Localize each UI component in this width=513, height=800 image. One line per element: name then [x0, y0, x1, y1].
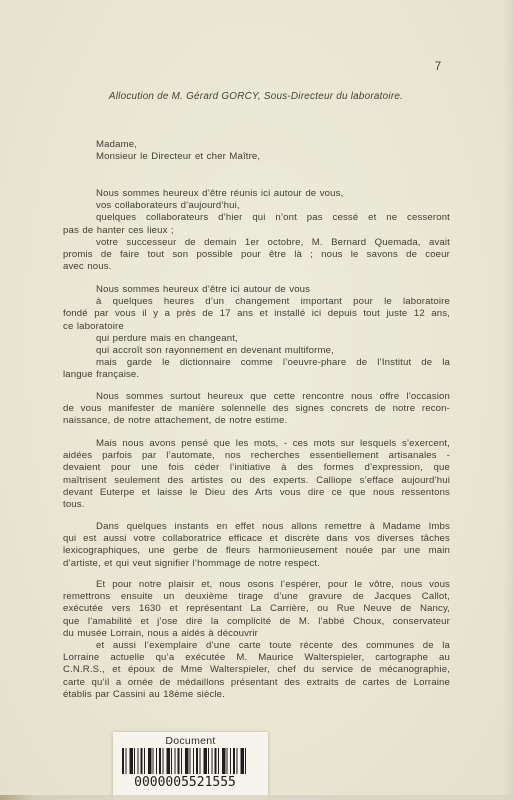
text-line: votre successeur de demain 1er octobre, … [63, 237, 450, 249]
body-text: Madame,Monsieur le Directeur et cher Maî… [63, 0, 450, 800]
page-bottom-edge [0, 795, 513, 800]
text-line: Mais nous avons pensé que les mots, - ce… [63, 438, 450, 450]
barcode-caption: Document [113, 732, 268, 747]
text-line: carte qu’il a ornée de médaillons présen… [63, 677, 450, 689]
text-line: lexicographiques, une gerbe de fleurs ha… [63, 545, 450, 557]
text-line: exécutée vers 1630 et représentant La Ca… [63, 603, 450, 615]
text-line: et aussi l’exemplaire d’une carte toute … [63, 640, 450, 652]
text-line: naissance, de notre attachement, de notr… [63, 415, 450, 427]
text-line: langue française. [63, 369, 450, 381]
text-line: pas de hanter ces lieux ; [63, 225, 450, 237]
text-line: remettrons ensuite un deuxième tirage d’… [63, 591, 450, 603]
text-line: Lorraine actuelle qu’a exécutée M. Mauri… [63, 652, 450, 664]
text-line: établis par Cassini au 18ème siècle. [63, 689, 450, 701]
text-line: qui accroît son rayonnement en devenant … [63, 345, 450, 357]
paragraph-block: Madame,Monsieur le Directeur et cher Maî… [63, 139, 450, 163]
text-line: Nous sommes heureux d’être ici autour de… [63, 284, 450, 296]
text-line: qui est aussi votre collaboratrice effic… [63, 533, 450, 545]
text-line: Dans quelques instants en effet nous all… [63, 521, 450, 533]
text-line: mais garde le dictionnaire comme l’oeuvr… [63, 357, 450, 369]
text-line: avec nous. [63, 261, 450, 273]
text-line: vos collaborateurs d’aujourd’hui, [63, 200, 450, 212]
text-line: fondé par vous il y a près de 17 ans et … [63, 308, 450, 320]
text-line: que l’amabilité et j’ose dire la complic… [63, 616, 450, 628]
paragraph-block: Nous sommes heureux d’être ici autour de… [63, 284, 450, 382]
paragraph-block: Et pour notre plaisir et, nous osons l’e… [63, 579, 450, 701]
document-page: 7 Allocution de M. Gérard GORCY, Sous-Di… [0, 0, 513, 800]
text-line: Madame, [63, 139, 450, 151]
text-line: de vous manifester de manière solennelle… [63, 403, 450, 415]
text-line: promis de faire tout son possible pour ê… [63, 249, 450, 261]
text-line: C.N.R.S., et époux de Mme Walterspieler,… [63, 664, 450, 676]
barcode-label: Document 0000005521555 [113, 732, 268, 800]
text-line: ce laboratoire [63, 321, 450, 333]
paragraph-block: Nous sommes heureux d’être réunis ici au… [63, 188, 450, 273]
paragraph-block: Mais nous avons pensé que les mots, - ce… [63, 438, 450, 511]
text-line: devaient pour une fois céder l’initiativ… [63, 462, 450, 474]
text-line: Et pour notre plaisir et, nous osons l’e… [63, 579, 450, 591]
text-line: quelques collaborateurs d’hier qui n’ont… [63, 212, 450, 224]
barcode-icon [122, 748, 248, 774]
paragraph-block: Dans quelques instants en effet nous all… [63, 521, 450, 570]
page-right-edge-shading [503, 0, 513, 800]
text-line: Monsieur le Directeur et cher Maître, [63, 151, 450, 163]
text-line: du musée Lorrain, nous a aidés à découvr… [63, 628, 450, 640]
text-line: à quelques heures d’un changement import… [63, 296, 450, 308]
text-line: aidées parfois par l’automate, nos reche… [63, 450, 450, 462]
text-line: d’artiste, et qui veut signifier l’homma… [63, 558, 450, 570]
barcode-number: 0000005521555 [113, 775, 257, 790]
paragraph-block: Nous sommes surtout heureux que cette re… [63, 391, 450, 428]
text-line: Nous sommes heureux d’être réunis ici au… [63, 188, 450, 200]
text-line: Nous sommes surtout heureux que cette re… [63, 391, 450, 403]
text-line: devant Euterpe et laisse le Dieu des Art… [63, 487, 450, 499]
text-line: maîtrisent seulement des artistes ou des… [63, 475, 450, 487]
text-line: qui perdure mais en changeant, [63, 333, 450, 345]
text-line: tous. [63, 499, 450, 511]
